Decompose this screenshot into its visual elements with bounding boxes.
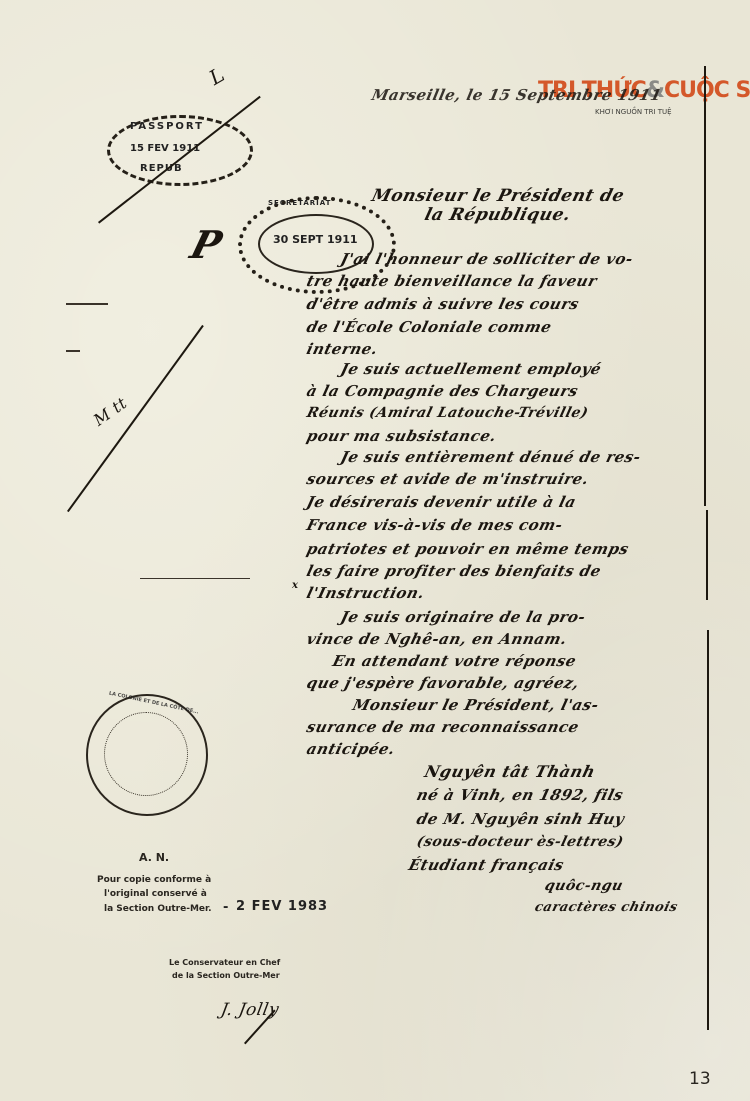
watermark-tagline: KHƠI NGUỒN TRI TUỆ [595, 108, 672, 116]
conservator-line: Le Conservateur en Chef [169, 957, 280, 969]
body-line: Monsieur le Président, l'as- [351, 696, 601, 714]
body-line: J'ai l'honneur de solliciter de vo- [339, 250, 635, 268]
body-line: à la Compagnie des Chargeurs [305, 382, 580, 400]
reception-stamp-top: SECRETARIAT [268, 199, 331, 207]
body-line: Je suis originaire de la pro- [339, 608, 588, 626]
body-line: l'Instruction. [305, 584, 427, 602]
body-line: anticipée. [305, 740, 397, 758]
body-line: patriotes et pouvoir en même temps [305, 540, 631, 558]
body-line: surance de ma reconnaissance [305, 718, 581, 736]
conservator-signature: J. Jolly [219, 1000, 280, 1020]
big-p-mark: P [186, 222, 227, 267]
body-line: sources et avide de m'instruire. [305, 470, 591, 488]
margin-dash [140, 578, 250, 579]
body-line: Je suis actuellement employé [339, 360, 604, 378]
signature-line: né à Vinh, en 1892, fils [415, 786, 626, 804]
right-margin-rule-2 [706, 510, 708, 600]
place-date: Marseille, le 15 Septembre 1911 [370, 86, 663, 104]
page-number: 13 [689, 1069, 711, 1089]
salutation-line-2: la République. [423, 205, 573, 225]
body-line: tre haute bienveillance la faveur [305, 272, 599, 290]
round-seal-inner [104, 712, 188, 796]
salutation-line-1: Monsieur le Président de [370, 186, 627, 206]
body-line: France vis-à-vis de mes com- [305, 516, 565, 534]
body-line: que j'espère favorable, agréez, [305, 674, 581, 692]
body-line: de l'École Coloniale comme [305, 318, 554, 336]
margin-note: M tt [90, 393, 131, 429]
margin-dash [66, 350, 80, 352]
body-line: Je désirerais devenir utile à la [305, 493, 578, 511]
archive-line: Pour copie conforme à [97, 874, 211, 886]
body-line: Réunis (Amiral Latouche-Tréville) [305, 405, 590, 421]
signature-line: de M. Nguyên sinh Huy [415, 810, 627, 828]
conservator-line: de la Section Outre-Mer [172, 970, 280, 982]
margin-dash [66, 303, 108, 305]
passport-stamp-top: PASSPORT [130, 121, 204, 132]
body-line: interne. [305, 340, 380, 358]
top-left-mark: L [205, 62, 229, 90]
body-line: vince de Nghê-an, en Annam. [305, 630, 569, 648]
body-line: En attendant votre réponse [331, 652, 579, 670]
right-margin-rule-3 [707, 630, 709, 1030]
archive-date: 2 FEV 1983 [236, 899, 328, 914]
body-line: les faire profiter des bienfaits de [305, 562, 603, 580]
brand-right: CUỘC SỐNG [664, 78, 750, 103]
strike-line-margin [67, 325, 204, 512]
reception-stamp-date: 30 SEPT 1911 [273, 233, 358, 246]
body-line: d'être admis à suivre les cours [305, 295, 581, 313]
archive-line: l'original conservé à [104, 888, 207, 900]
archive-line: la Section Outre-Mer. [104, 903, 212, 915]
signature-line: caractères chinois [533, 900, 679, 915]
archive-dash: - [223, 900, 228, 915]
signature-line: quôc-ngu [543, 878, 625, 894]
signature-line: (sous-docteur ès-lettres) [415, 834, 625, 850]
signature-name: Nguyên tât Thành [423, 762, 598, 781]
archive-title: A. N. [139, 852, 169, 864]
body-line: pour ma subsistance. [305, 427, 499, 445]
right-margin-rule [704, 66, 706, 506]
signature-line: Étudiant français [407, 856, 566, 874]
footnote-mark: x [292, 580, 298, 591]
body-line: Je suis entièrement dénué de res- [339, 448, 643, 466]
